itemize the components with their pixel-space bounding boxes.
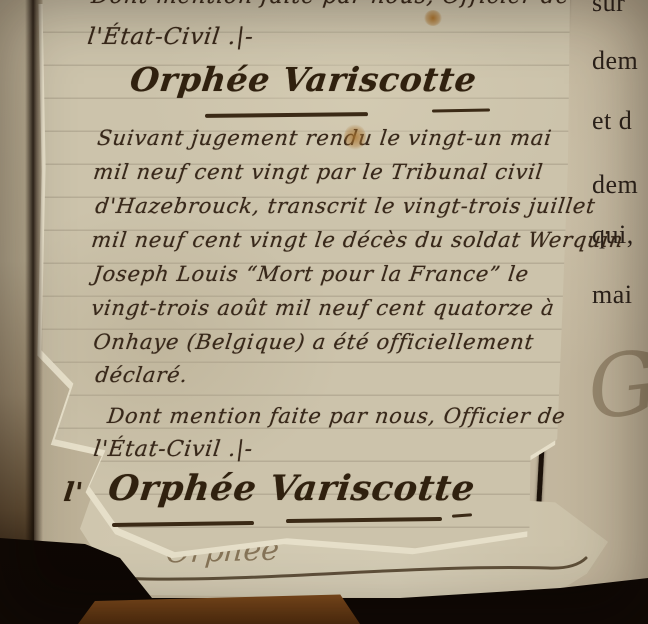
register-photo: sur dem et d dem qui, mai G Orphée Dont … [0,0,648,624]
photo-vignette [0,0,648,624]
